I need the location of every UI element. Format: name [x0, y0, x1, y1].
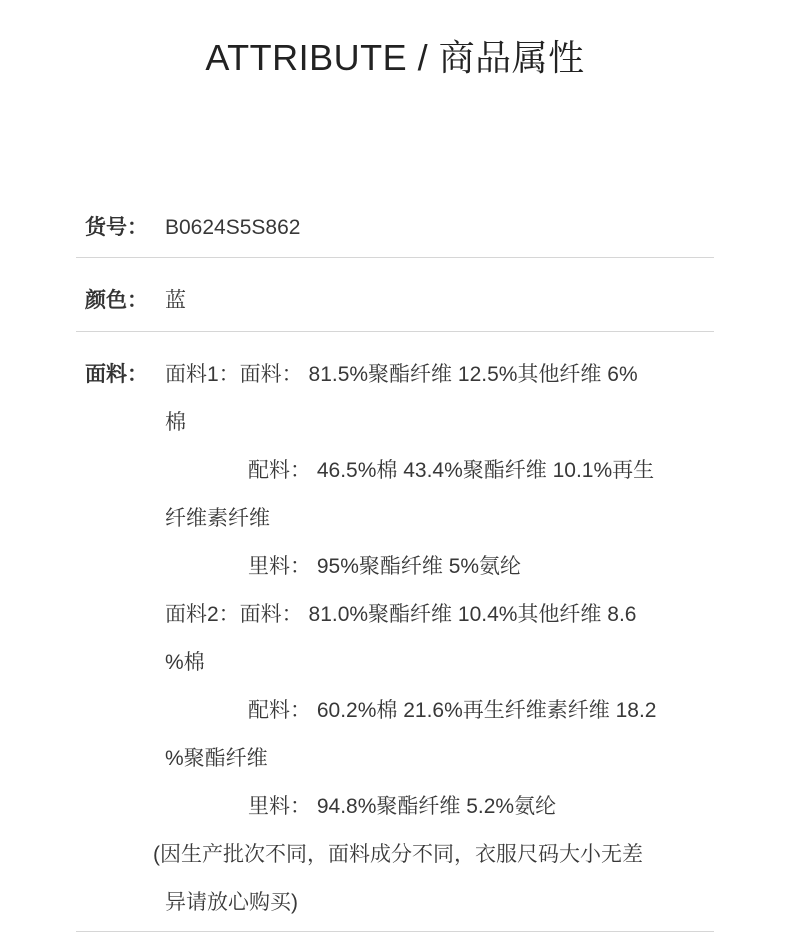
fabric-line: %聚酯纤维 [165, 735, 714, 783]
fabric-note-line: (因生产批次不同，面料成分不同，衣服尺码大小无差 [153, 831, 714, 879]
attribute-label-sku: 货号： [76, 204, 165, 252]
attribute-value-sku: B0624S5S862 [165, 204, 714, 252]
attribute-row-color: 颜色： 蓝 [76, 258, 714, 332]
attribute-value-fabric: 面料1：面料： 81.5%聚酯纤维 12.5%其他纤维 6% 棉 配料： 46.… [165, 351, 714, 927]
attribute-label-fabric: 面料： [76, 351, 165, 399]
fabric-line: 里料： 95%聚酯纤维 5%氨纶 [165, 543, 714, 591]
fabric-line: 棉 [165, 399, 714, 447]
attribute-label-color: 颜色： [76, 277, 165, 325]
page-title: ATTRIBUTE / 商品属性 [0, 0, 790, 79]
attribute-value-color: 蓝 [165, 277, 714, 325]
fabric-line: 配料： 60.2%棉 21.6%再生纤维素纤维 18.2 [165, 687, 714, 735]
fabric-line: %棉 [165, 639, 714, 687]
fabric-line: 里料： 94.8%聚酯纤维 5.2%氨纶 [165, 783, 714, 831]
attribute-row-fabric: 面料： 面料1：面料： 81.5%聚酯纤维 12.5%其他纤维 6% 棉 配料：… [76, 332, 714, 932]
product-attribute-section: ATTRIBUTE / 商品属性 货号： B0624S5S862 颜色： 蓝 面… [0, 0, 790, 951]
attribute-table: 货号： B0624S5S862 颜色： 蓝 面料： 面料1：面料： 81.5%聚… [76, 204, 714, 932]
fabric-line: 面料1：面料： 81.5%聚酯纤维 12.5%其他纤维 6% [165, 351, 714, 399]
fabric-line: 纤维素纤维 [165, 495, 714, 543]
fabric-line: 配料： 46.5%棉 43.4%聚酯纤维 10.1%再生 [165, 447, 714, 495]
fabric-line: 面料2：面料： 81.0%聚酯纤维 10.4%其他纤维 8.6 [165, 591, 714, 639]
attribute-row-sku: 货号： B0624S5S862 [76, 204, 714, 258]
fabric-note-line: 异请放心购买) [165, 879, 714, 927]
